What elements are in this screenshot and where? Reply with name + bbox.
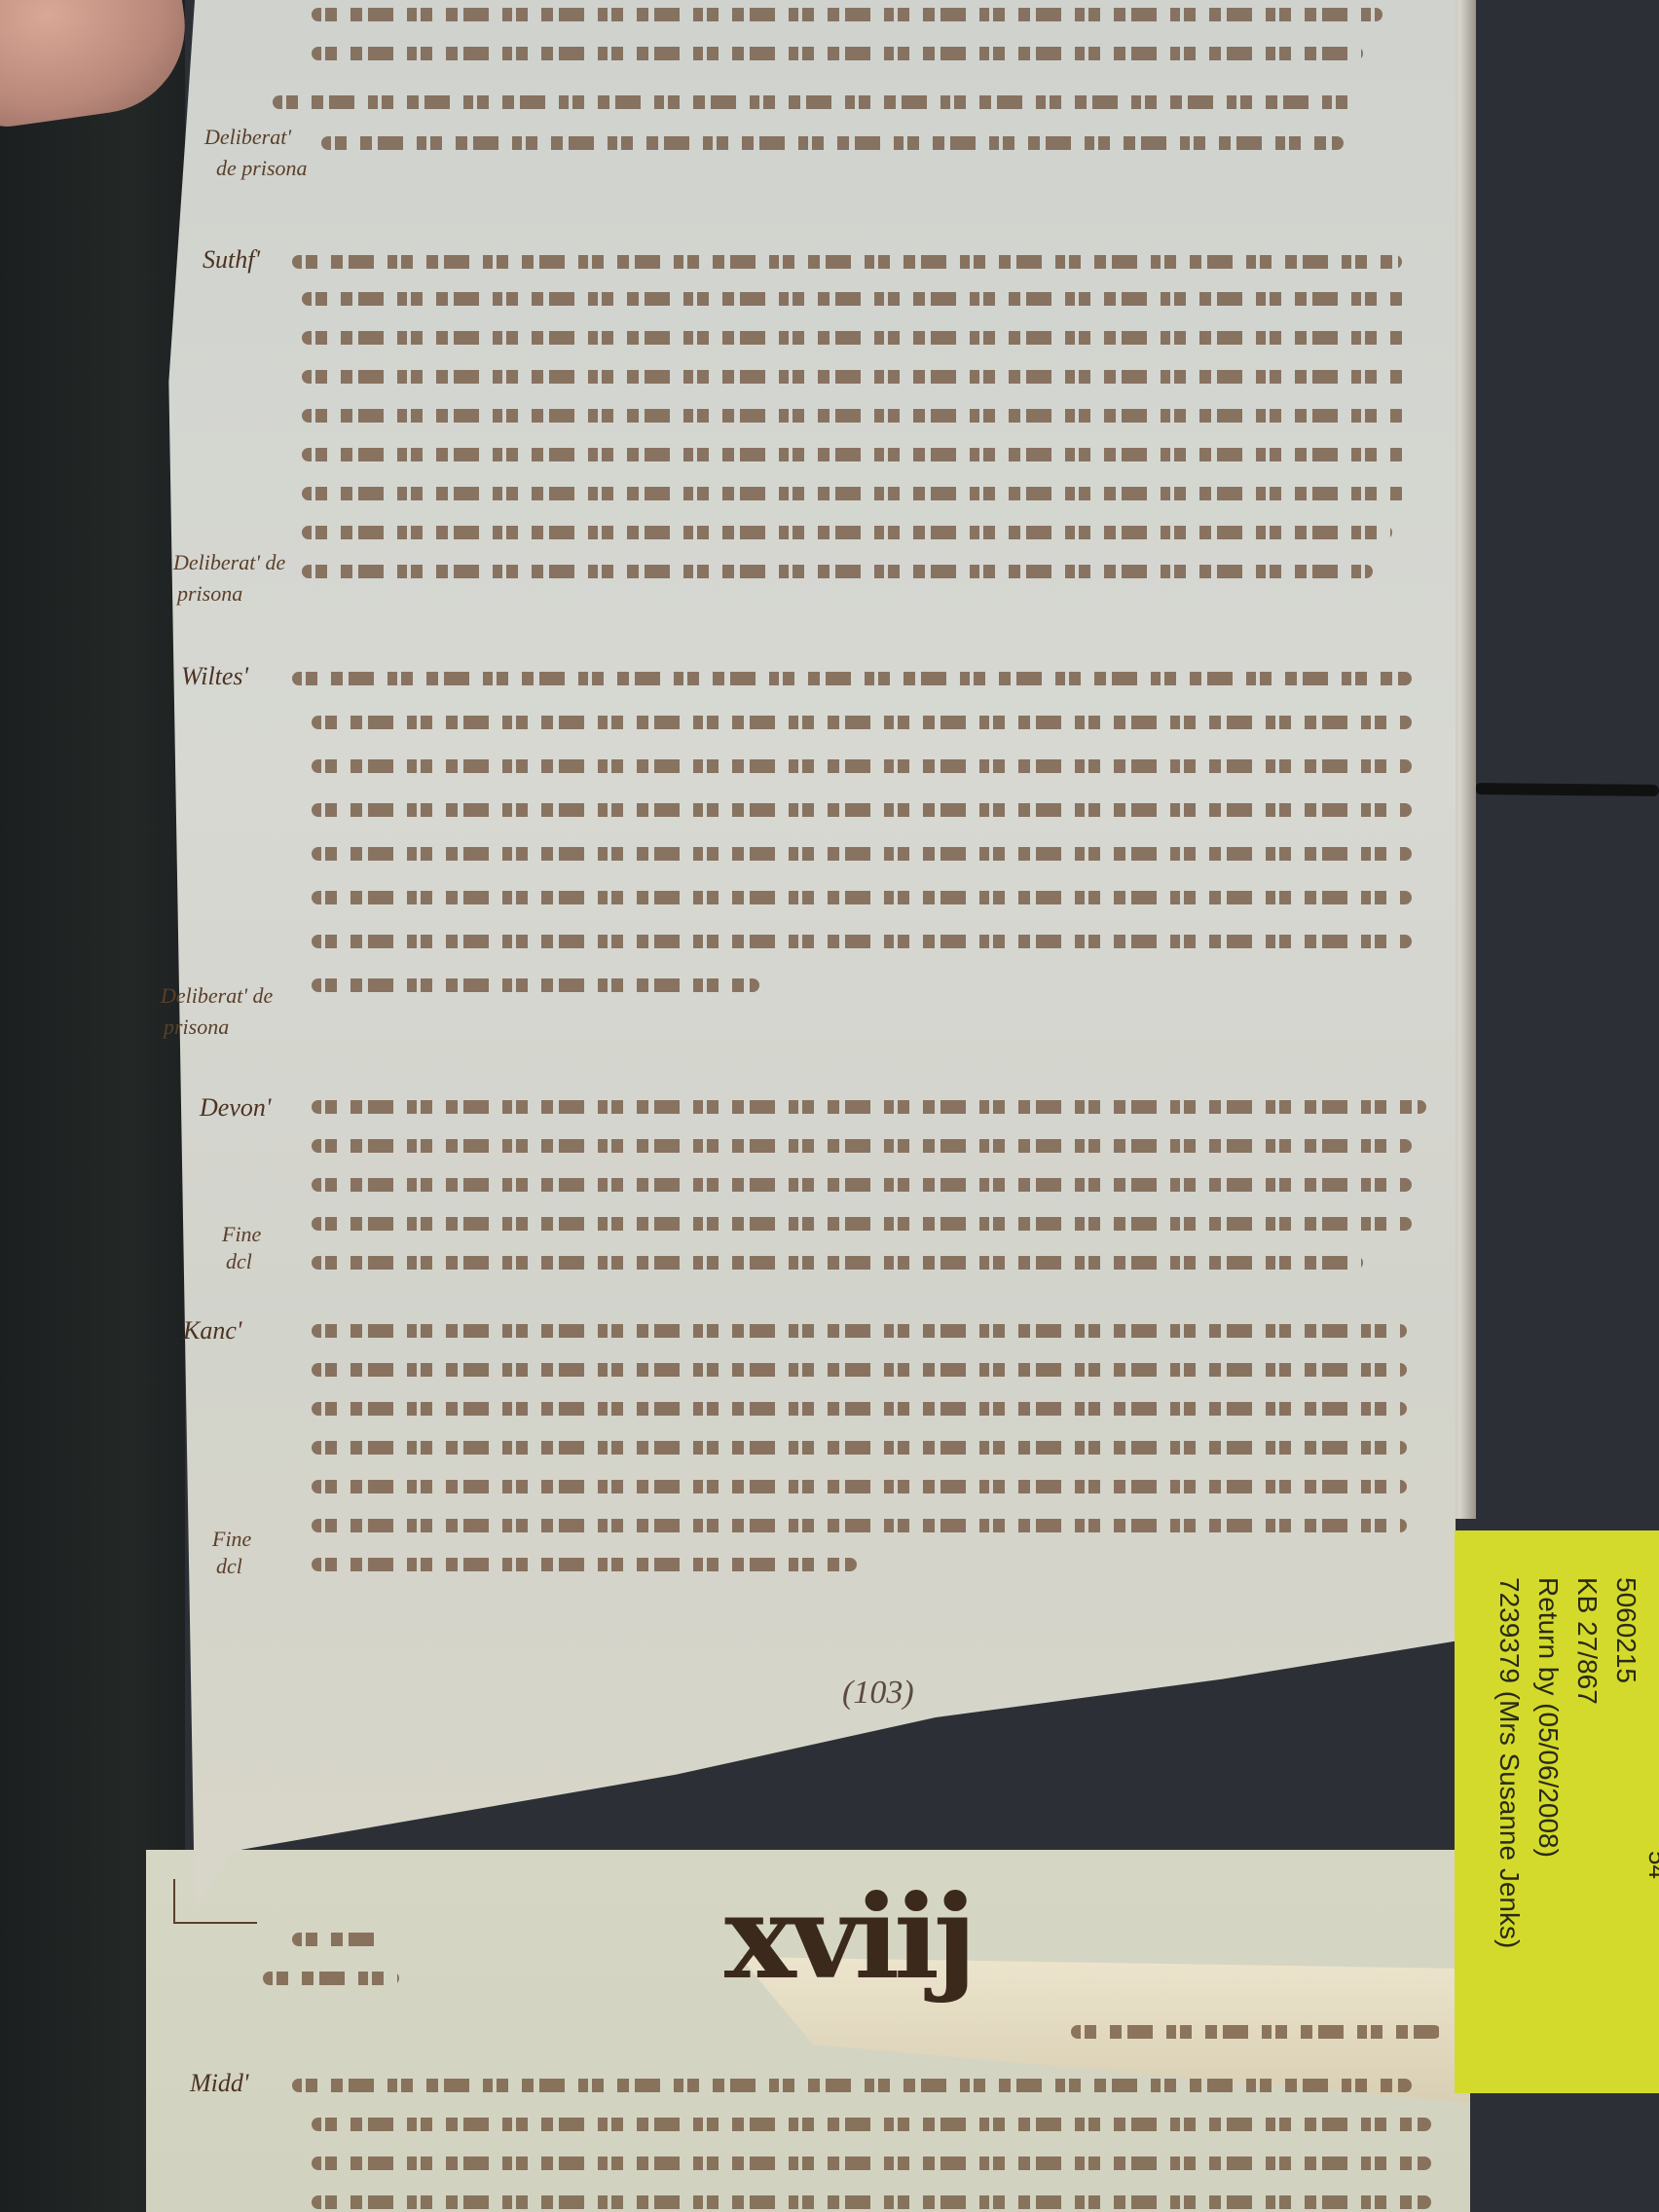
text-line xyxy=(312,1100,1426,1114)
library-label-text: 5060215 KB 27/867 Return by (05/06/2008)… xyxy=(1451,1577,1645,2083)
boxed-margin-mark xyxy=(173,1879,257,1924)
membrane-numeral: xviij xyxy=(724,1869,971,2005)
text-line xyxy=(312,1558,857,1571)
page-number: (103) xyxy=(842,1675,914,1712)
text-line xyxy=(273,95,1353,109)
text-line xyxy=(302,487,1407,500)
text-line xyxy=(312,8,1382,21)
label-line-id: 5060215 xyxy=(1606,1577,1645,2083)
text-line xyxy=(312,2157,1431,2170)
margin-note: prisona xyxy=(177,581,242,607)
margin-note: dcl xyxy=(216,1554,242,1579)
margin-note: Deliberat' de xyxy=(161,983,273,1009)
text-line xyxy=(312,716,1412,729)
margin-note: dcl xyxy=(226,1249,252,1274)
text-line xyxy=(321,136,1344,150)
margin-note: Fine xyxy=(222,1222,261,1247)
text-line xyxy=(312,1402,1407,1416)
margin-note: Deliberat' xyxy=(204,125,291,150)
upper-membrane xyxy=(156,0,1456,1908)
text-line xyxy=(263,1972,399,1985)
label-line-reference: KB 27/867 xyxy=(1567,1577,1606,2083)
text-line xyxy=(292,255,1402,269)
backdrop-rule xyxy=(1475,783,1659,796)
text-line xyxy=(312,1217,1412,1231)
text-line xyxy=(302,526,1392,539)
text-line xyxy=(312,1363,1407,1377)
margin-note: Fine xyxy=(212,1527,251,1552)
text-line xyxy=(312,2118,1431,2131)
county-heading: Kanc' xyxy=(183,1316,241,1346)
label-corner-number: 54 xyxy=(1642,1851,1659,1879)
text-line xyxy=(312,935,1412,948)
county-heading: Wiltes' xyxy=(181,662,248,691)
text-line xyxy=(312,803,1412,817)
text-line xyxy=(312,1324,1407,1338)
label-line-reader: 7239379 (Mrs Susanne Jenks) xyxy=(1490,1577,1529,2083)
text-line xyxy=(1071,2025,1441,2039)
text-line xyxy=(292,2079,1412,2092)
text-line xyxy=(302,370,1407,384)
margin-note: prisona xyxy=(164,1014,229,1040)
county-heading: Suthf' xyxy=(203,245,260,275)
text-line xyxy=(302,292,1407,306)
text-line xyxy=(312,978,759,992)
margin-note: Deliberat' de xyxy=(173,550,285,575)
text-line xyxy=(312,1480,1407,1493)
county-heading: Midd' xyxy=(190,2069,248,2098)
text-line xyxy=(312,891,1412,904)
text-line xyxy=(302,448,1407,461)
text-line xyxy=(312,1139,1412,1153)
margin-note: de prisona xyxy=(216,156,308,181)
county-heading: Devon' xyxy=(200,1093,271,1123)
text-line xyxy=(312,2195,1431,2209)
text-line xyxy=(302,409,1407,423)
text-line xyxy=(302,565,1373,578)
text-line xyxy=(312,47,1363,60)
text-line xyxy=(312,847,1412,861)
text-line xyxy=(312,1256,1363,1270)
text-line xyxy=(312,1441,1407,1455)
text-line xyxy=(292,1933,380,1946)
text-line xyxy=(312,1178,1412,1192)
text-line xyxy=(312,759,1412,773)
label-line-return-date: Return by (05/06/2008) xyxy=(1529,1577,1567,2083)
text-line xyxy=(302,331,1407,345)
text-line xyxy=(292,672,1412,685)
text-line xyxy=(312,1519,1407,1532)
